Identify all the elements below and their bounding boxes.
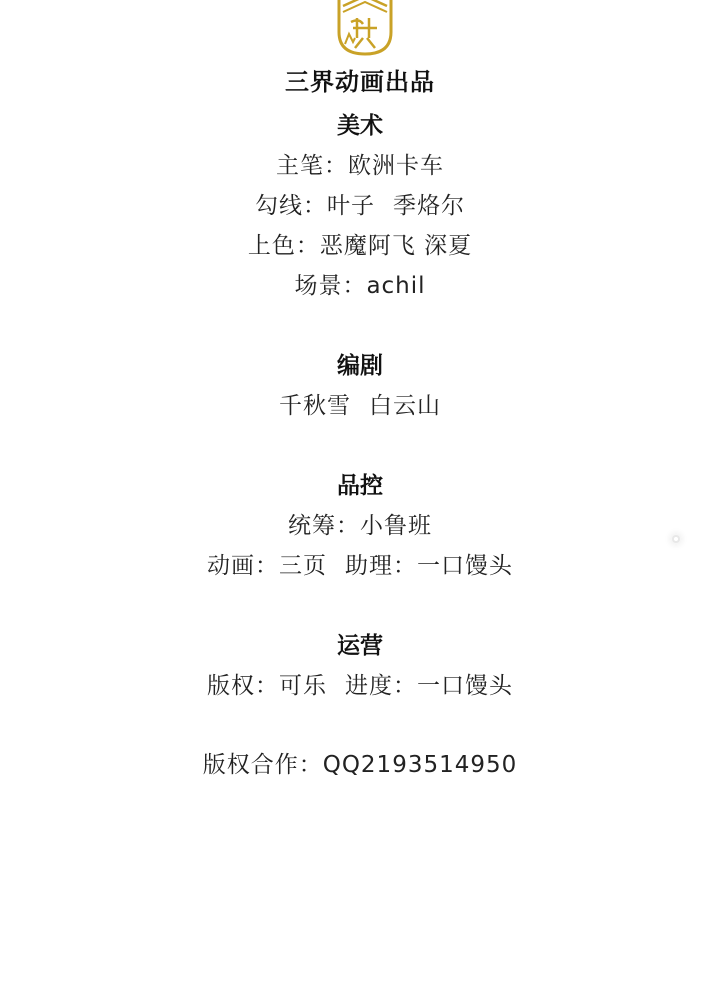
contact-value: QQ2193514950 [323,752,518,778]
credit-label: 统筹： [288,513,360,539]
credit-value: 恶魔阿飞 深夏 [320,233,472,259]
credit-label: 动画： [207,553,279,579]
section-qc: 品控 统筹：小鲁班 动画：三页助理：一口馒头 [0,466,720,586]
credit-label: 勾线： [255,193,327,219]
credit-label: 上色： [248,233,320,259]
credit-line: 千秋雪白云山 [0,386,720,426]
credit-value: 千秋雪 [279,393,351,419]
studio-logo-icon [333,0,397,56]
credit-line: 上色：恶魔阿飞 深夏 [0,226,720,266]
credit-value: 叶子 [327,193,375,219]
credit-line: 版权：可乐进度：一口馒头 [0,666,720,706]
credit-value: 一口馒头 [417,553,513,579]
credit-value: achil [366,273,425,299]
contact-line: 版权合作：QQ2193514950 [0,745,720,785]
section-art: 美术 主笔：欧洲卡车 勾线：叶子季烙尔 上色：恶魔阿飞 深夏 场景：achil [0,106,720,306]
heading-art: 美术 [0,106,720,146]
scroll-indicator-dot [672,535,680,543]
credit-line: 动画：三页助理：一口馒头 [0,546,720,586]
section-ops: 运营 版权：可乐进度：一口馒头 [0,626,720,706]
heading-script: 编剧 [0,346,720,386]
heading-qc: 品控 [0,466,720,506]
credit-label: 助理： [345,553,417,579]
credit-value: 一口馒头 [417,673,513,699]
credit-value: 三页 [279,553,327,579]
contact-label: 版权合作： [203,752,323,778]
credit-label: 场景： [294,273,366,299]
credit-label: 版权： [207,673,279,699]
credit-line: 统筹：小鲁班 [0,506,720,546]
credit-value: 欧洲卡车 [348,153,444,179]
heading-ops: 运营 [0,626,720,666]
credit-line: 主笔：欧洲卡车 [0,146,720,186]
credit-value: 季烙尔 [393,193,465,219]
section-script: 编剧 千秋雪白云山 [0,346,720,426]
studio-name: 三界动画出品 [0,62,720,97]
contact-text: 版权合作：QQ2193514950 [0,745,720,785]
credit-value: 白云山 [369,393,441,419]
credit-line: 场景：achil [0,266,720,306]
credit-label: 主笔： [276,153,348,179]
credit-value: 小鲁班 [360,513,432,539]
credit-label: 进度： [345,673,417,699]
credit-line: 勾线：叶子季烙尔 [0,186,720,226]
credit-value: 可乐 [279,673,327,699]
